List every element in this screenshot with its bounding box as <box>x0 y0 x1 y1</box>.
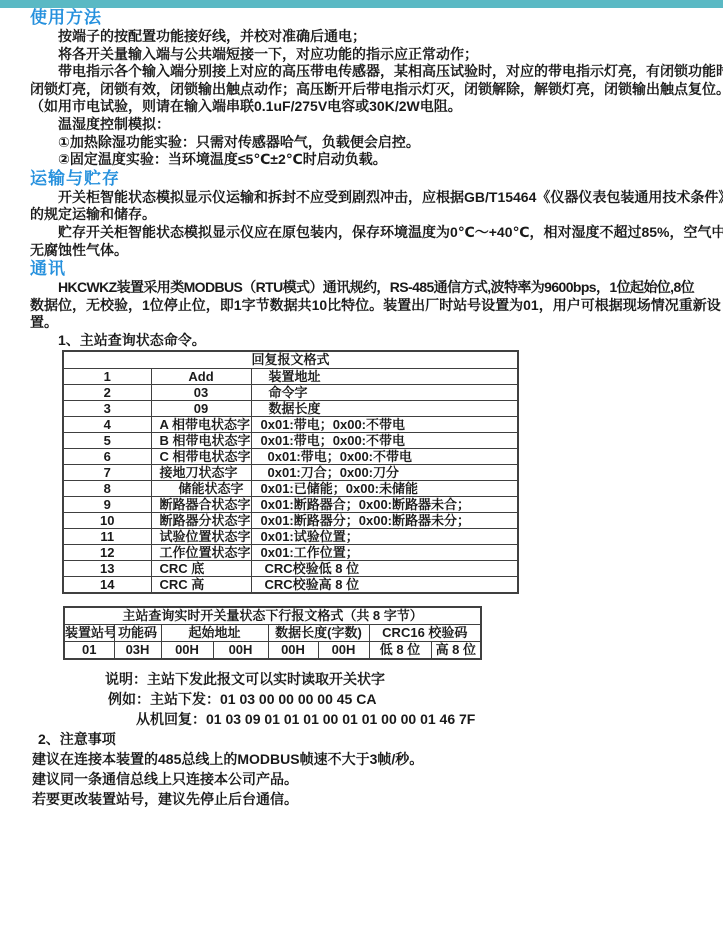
paragraph-line: 无腐蚀性气体。 <box>30 242 693 260</box>
cell-field: C 相带电状态字 <box>151 448 251 464</box>
cell-value: 03H <box>114 641 161 659</box>
cell-index: 9 <box>63 496 151 512</box>
table-row: 1Add装置地址 <box>63 368 518 384</box>
cell-index: 12 <box>63 544 151 560</box>
cell-desc: 装置地址 <box>251 368 518 384</box>
cell-desc: CRC校验高 8 位 <box>251 576 518 593</box>
table-row: 13CRC 底CRC校验低 8 位 <box>63 560 518 576</box>
note-line: 若要更改装置站号，建议先停止后台通信。 <box>32 789 693 809</box>
manual-page: 使用方法 按端子的按配置功能接好线，并校对准确后通电； 将各开关量输入端与公共端… <box>0 0 723 809</box>
cell-index: 11 <box>63 528 151 544</box>
paragraph-line: 温湿度控制模拟： <box>30 116 693 134</box>
paragraph-line: ①加热除湿功能实验：只需对传感器哈气，负载便会启控。 <box>30 134 693 152</box>
table-row: 11试验位置状态字0x01:试验位置； <box>63 528 518 544</box>
cell-index: 14 <box>63 576 151 593</box>
communication-paragraphs: HKCWKZ装置采用类MODBUS（RTU模式）通讯规约，RS-485通信方式,… <box>30 279 693 349</box>
query-format-table: 主站查询实时开关量状态下行报文格式（共 8 字节） 装置站号 功能码 起始地址 … <box>63 606 482 660</box>
paragraph-line: ②固定温度实验：当环境温度≤5℃±2℃时启动负载。 <box>30 151 693 169</box>
section-heading-communication: 通讯 <box>30 259 693 279</box>
cell-field: B 相带电状态字 <box>151 432 251 448</box>
table-row: 309数据长度 <box>63 400 518 416</box>
cell-field: 03 <box>151 384 251 400</box>
cell-field: 断路器分状态字 <box>151 512 251 528</box>
cell-field: CRC 高 <box>151 576 251 593</box>
paragraph-line: 的规定运输和储存。 <box>30 206 693 224</box>
cell-field: 工作位置状态字 <box>151 544 251 560</box>
cell-desc: 0x01:带电；0x00:不带电 <box>251 432 518 448</box>
table-row: 5B 相带电状态字0x01:带电；0x00:不带电 <box>63 432 518 448</box>
note-line: 2、注意事项 <box>38 729 693 749</box>
cell-value: 00H <box>213 641 268 659</box>
table-row: 9断路器合状态字0x01:断路器合；0x00:断路器未合； <box>63 496 518 512</box>
usage-paragraphs: 按端子的按配置功能接好线，并校对准确后通电； 将各开关量输入端与公共端短接一下，… <box>30 28 693 169</box>
cell-field: 试验位置状态字 <box>151 528 251 544</box>
cell-field: 09 <box>151 400 251 416</box>
header-crc16: CRC16 校验码 <box>369 624 481 641</box>
cell-index: 3 <box>63 400 151 416</box>
cell-value: 00H <box>161 641 213 659</box>
table-row: 12工作位置状态字0x01:工作位置； <box>63 544 518 560</box>
paragraph-line: 将各开关量输入端与公共端短接一下，对应功能的指示应正常动作； <box>30 46 693 64</box>
header-function-code: 功能码 <box>114 624 161 641</box>
table-title: 主站查询实时开关量状态下行报文格式（共 8 字节） <box>64 607 481 625</box>
cell-value: 高 8 位 <box>431 641 481 659</box>
cell-value: 01 <box>64 641 114 659</box>
cell-desc: 0x01:试验位置； <box>251 528 518 544</box>
cell-index: 1 <box>63 368 151 384</box>
section-heading-usage: 使用方法 <box>30 8 693 28</box>
cell-index: 10 <box>63 512 151 528</box>
cell-field: 储能状态字 <box>151 480 251 496</box>
cell-field: A 相带电状态字 <box>151 416 251 432</box>
header-start-address: 起始地址 <box>161 624 268 641</box>
paragraph-line: 按端子的按配置功能接好线，并校对准确后通电； <box>30 28 693 46</box>
paragraph-line: 开关柜智能状态模拟显示仪运输和拆封不应受到剧烈冲击，应根据GB/T15464《仪… <box>30 189 693 207</box>
paragraph-line: 闭锁灯亮，闭锁有效，闭锁输出触点动作；高压断开后带电指示灯灭，闭锁解除，解锁灯亮… <box>30 81 693 99</box>
paragraph-line: 置。 <box>30 314 693 332</box>
cell-value: 00H <box>268 641 318 659</box>
cell-desc: 0x01:断路器分；0x00:断路器未分； <box>251 512 518 528</box>
table-row: 10断路器分状态字0x01:断路器分；0x00:断路器未分； <box>63 512 518 528</box>
cell-index: 2 <box>63 384 151 400</box>
header-station: 装置站号 <box>64 624 114 641</box>
note-line: 建议在连接本装置的485总线上的MODBUS帧速不大于3帧/秒。 <box>32 749 693 769</box>
cell-desc: 数据长度 <box>251 400 518 416</box>
table-header-row: 装置站号 功能码 起始地址 数据长度(字数) CRC16 校验码 <box>64 624 481 641</box>
paragraph-line: 数据位，无校验，1位停止位，即1字节数据共10比特位。装置出厂时站号设置为01，… <box>30 297 693 315</box>
note-line: 说明：主站下发此报文可以实时读取开关状字 <box>105 669 693 689</box>
cell-desc: 0x01:带电；0x00:不带电 <box>251 416 518 432</box>
page-content: 使用方法 按端子的按配置功能接好线，并校对准确后通电； 将各开关量输入端与公共端… <box>0 8 723 809</box>
cell-index: 6 <box>63 448 151 464</box>
cell-index: 4 <box>63 416 151 432</box>
cell-desc: 0x01:断路器合；0x00:断路器未合； <box>251 496 518 512</box>
cell-desc: 0x01:工作位置； <box>251 544 518 560</box>
table-row: 203命令字 <box>63 384 518 400</box>
cell-index: 7 <box>63 464 151 480</box>
note-line: 建议同一条通信总线上只连接本公司产品。 <box>32 769 693 789</box>
notes-block: 说明：主站下发此报文可以实时读取开关状字 例如：主站下发：01 03 00 00… <box>30 669 693 809</box>
table-row: 7接地刀状态字0x01:刀合；0x00:刀分 <box>63 464 518 480</box>
cell-desc: CRC校验低 8 位 <box>251 560 518 576</box>
paragraph-line: 贮存开关柜智能状态模拟显示仪应在原包装内，保存环境温度为0℃～+40℃，相对湿度… <box>30 224 693 242</box>
top-accent-bar <box>0 0 723 8</box>
cell-index: 5 <box>63 432 151 448</box>
table-title-row: 回复报文格式 <box>63 351 518 369</box>
paragraph-line: HKCWKZ装置采用类MODBUS（RTU模式）通讯规约，RS-485通信方式,… <box>30 279 693 297</box>
cell-value: 低 8 位 <box>369 641 431 659</box>
table-row: 6C 相带电状态字0x01:带电；0x00:不带电 <box>63 448 518 464</box>
cell-index: 13 <box>63 560 151 576</box>
cell-index: 8 <box>63 480 151 496</box>
table-row: 4A 相带电状态字0x01:带电；0x00:不带电 <box>63 416 518 432</box>
table-value-row: 01 03H 00H 00H 00H 00H 低 8 位 高 8 位 <box>64 641 481 659</box>
cell-field: 接地刀状态字 <box>151 464 251 480</box>
cell-value: 00H <box>318 641 369 659</box>
cell-desc: 0x01:带电；0x00:不带电 <box>251 448 518 464</box>
paragraph-line: （如用市电试验，则请在输入端串联0.1uF/275V电容或30K/2W电阻。 <box>30 98 693 116</box>
note-line: 例如：主站下发：01 03 00 00 00 00 45 CA <box>108 689 693 709</box>
table-row: 14CRC 高CRC校验高 8 位 <box>63 576 518 593</box>
cell-field: Add <box>151 368 251 384</box>
transport-paragraphs: 开关柜智能状态模拟显示仪运输和拆封不应受到剧烈冲击，应根据GB/T15464《仪… <box>30 189 693 259</box>
header-data-length: 数据长度(字数) <box>268 624 369 641</box>
cell-field: 断路器合状态字 <box>151 496 251 512</box>
cell-desc: 0x01:已储能；0x00:未储能 <box>251 480 518 496</box>
section-heading-transport: 运输与贮存 <box>30 169 693 189</box>
paragraph-line: 1、主站查询状态命令。 <box>30 332 693 350</box>
table-title-row: 主站查询实时开关量状态下行报文格式（共 8 字节） <box>64 607 481 625</box>
cell-field: CRC 底 <box>151 560 251 576</box>
cell-desc: 命令字 <box>251 384 518 400</box>
paragraph-line: 带电指示各个输入端分别接上对应的高压带电传感器，某相高压试验时，对应的带电指示灯… <box>30 63 693 81</box>
reply-format-table: 回复报文格式 1Add装置地址 203命令字 309数据长度 4A 相带电状态字… <box>62 350 519 594</box>
note-line: 从机回复：01 03 09 01 01 01 00 01 01 00 00 01… <box>136 709 693 729</box>
table-title: 回复报文格式 <box>63 351 518 369</box>
cell-desc: 0x01:刀合；0x00:刀分 <box>251 464 518 480</box>
table-row: 8储能状态字0x01:已储能；0x00:未储能 <box>63 480 518 496</box>
